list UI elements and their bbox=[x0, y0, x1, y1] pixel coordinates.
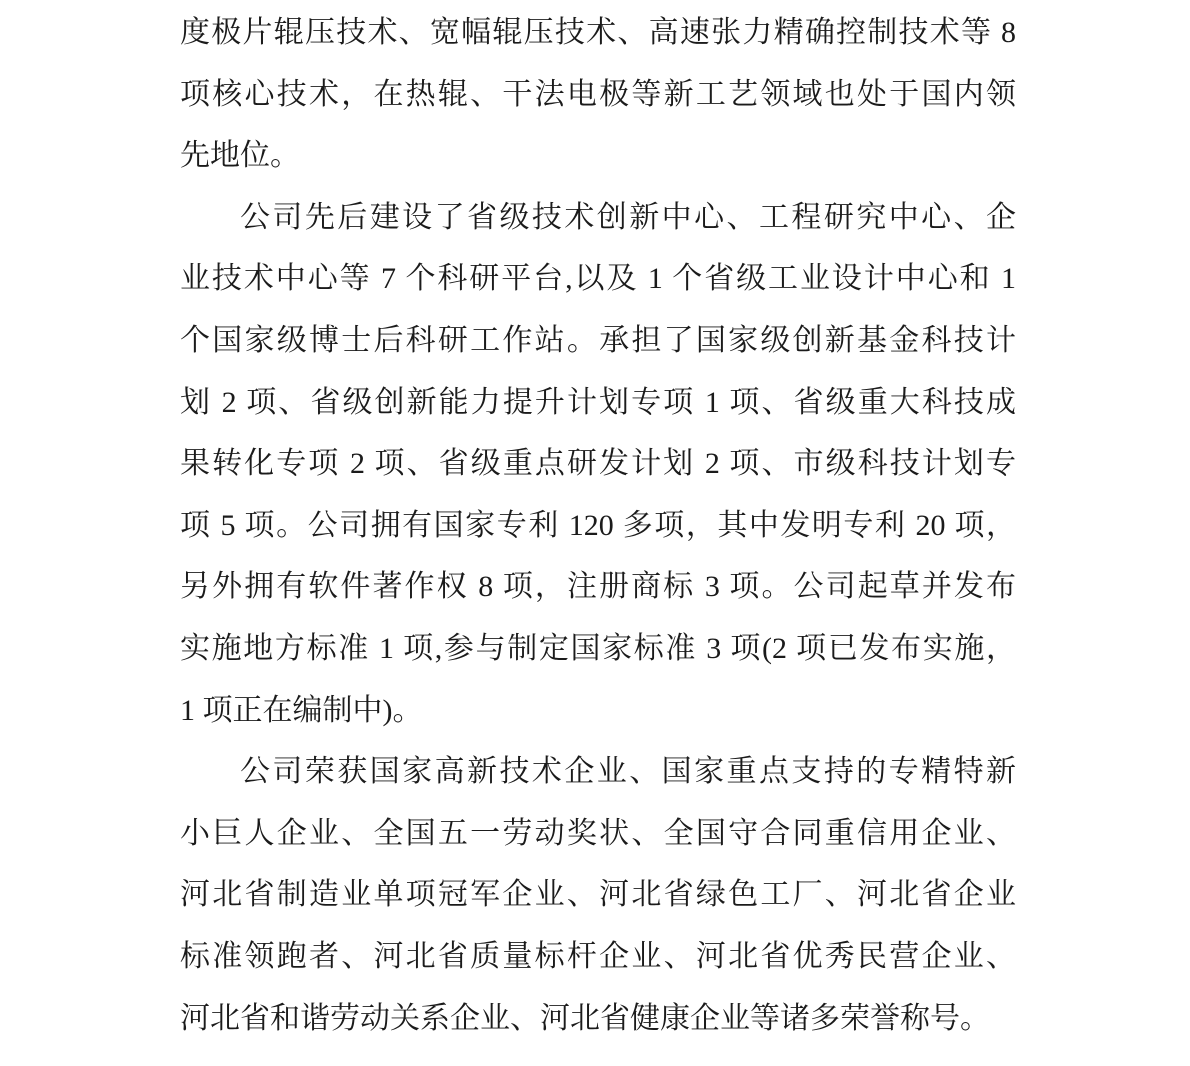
text-line: 项 5 项。公司拥有国家专利 120 多项，其中发明专利 20 项， bbox=[180, 495, 1016, 557]
text-line: 标准领跑者、河北省质量标杆企业、河北省优秀民营企业、 bbox=[180, 926, 1016, 988]
text-line: 果转化专项 2 项、省级重点研发计划 2 项、市级科技计划专 bbox=[180, 433, 1016, 495]
text-line: 实施地方标准 1 项,参与制定国家标准 3 项(2 项已发布实施， bbox=[180, 618, 1016, 680]
text-column: 度极片辊压技术、宽幅辊压技术、高速张力精确控制技术等 8 项核心技术，在热辊、干… bbox=[180, 2, 1016, 1049]
text-line: 1 项正在编制中)。 bbox=[180, 680, 1016, 742]
text-line: 度极片辊压技术、宽幅辊压技术、高速张力精确控制技术等 8 bbox=[180, 2, 1016, 64]
text-line: 先地位。 bbox=[180, 125, 1016, 187]
text-line: 公司先后建设了省级技术创新中心、工程研究中心、企 bbox=[180, 187, 1016, 249]
text-line: 公司荣获国家高新技术企业、国家重点支持的专精特新 bbox=[180, 741, 1016, 803]
text-line: 河北省制造业单项冠军企业、河北省绿色工厂、河北省企业 bbox=[180, 864, 1016, 926]
text-line: 另外拥有软件著作权 8 项，注册商标 3 项。公司起草并发布 bbox=[180, 556, 1016, 618]
text-line: 个国家级博士后科研工作站。承担了国家级创新基金科技计 bbox=[180, 310, 1016, 372]
text-line: 项核心技术，在热辊、干法电极等新工艺领域也处于国内领 bbox=[180, 64, 1016, 126]
text-line: 业技术中心等 7 个科研平台,以及 1 个省级工业设计中心和 1 bbox=[180, 248, 1016, 310]
document-page: 度极片辊压技术、宽幅辊压技术、高速张力精确控制技术等 8 项核心技术，在热辊、干… bbox=[0, 0, 1190, 1066]
text-line: 河北省和谐劳动关系企业、河北省健康企业等诸多荣誉称号。 bbox=[180, 988, 1016, 1050]
text-line: 小巨人企业、全国五一劳动奖状、全国守合同重信用企业、 bbox=[180, 803, 1016, 865]
text-line: 划 2 项、省级创新能力提升计划专项 1 项、省级重大科技成 bbox=[180, 372, 1016, 434]
